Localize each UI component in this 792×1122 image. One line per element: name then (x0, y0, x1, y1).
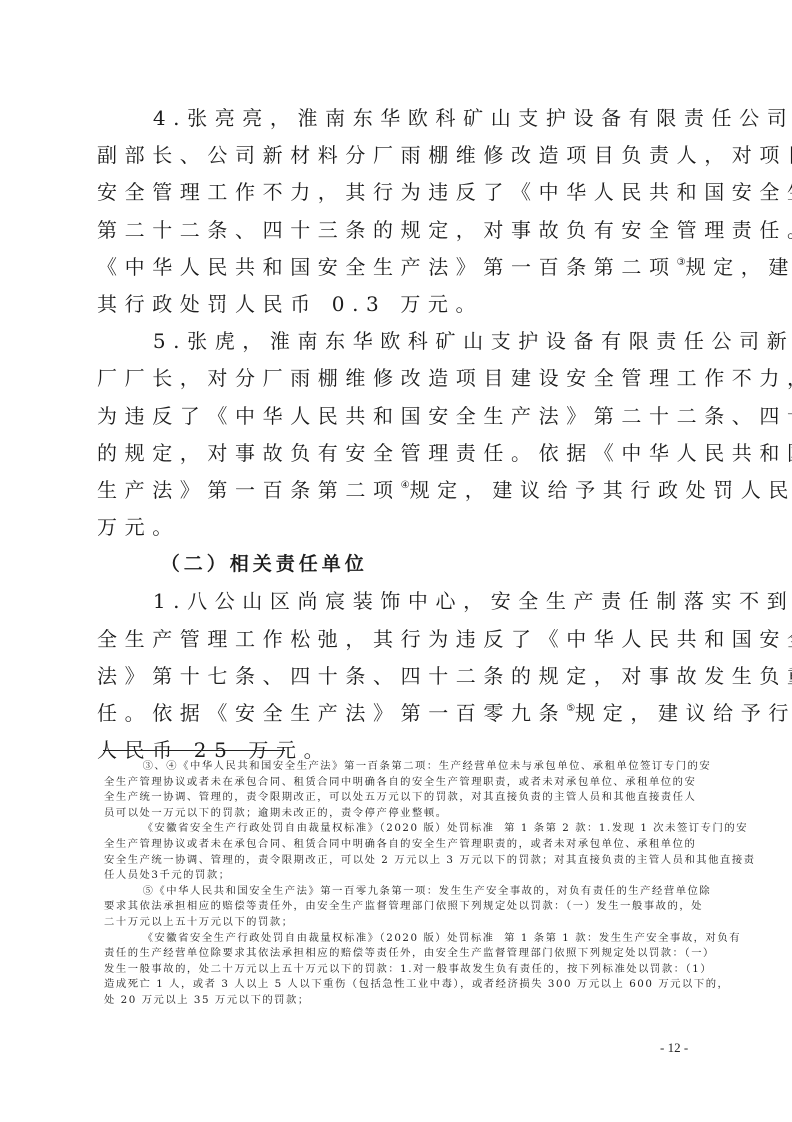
footnote-line: 任人员处3千元的罚款； (104, 868, 700, 884)
footnote-line: ③、④《中华人民共和国安全生产法》第一百条第二项：生产经营单位未与承包单位、承租… (104, 759, 700, 775)
text-line: 生产法》第一百条第二项④规定，建议给予其行政处罚人民币 0.3 (97, 472, 697, 509)
text-line: 厂厂长，对分厂雨棚维修改造项目建设安全管理工作不力，其行 (97, 360, 697, 397)
footnote-separator (103, 750, 285, 751)
footnote-line: 责任的生产经营单位除要求其依法承担相应的赔偿等责任外，由安全生产监督管理部门依照… (104, 946, 700, 962)
text-segment: 规定，建议给予 (686, 255, 792, 279)
text-line: 任。依据《安全生产法》第一百零九条⑤规定，建议给予行政处罚 (97, 695, 697, 732)
text-line: 的规定，对事故负有安全管理责任。依据《中华人民共和国安全 (97, 435, 697, 472)
text-segment: 规定，建议给予其行政处罚人民币 0.3 (410, 478, 792, 502)
footnote-line: 二十万元以上五十万元以下的罚款； (104, 915, 700, 931)
text-line: 副部长、公司新材料分厂雨棚维修改造项目负责人，对项目建设 (97, 137, 697, 174)
footnote-line: 处 20 万元以上 35 万元以下的罚款； (104, 993, 700, 1009)
page-number: - 12 - (660, 1040, 688, 1056)
footnote-line: 《安徽省安全生产行政处罚自由裁量权标准》（2020 版）处罚标准 第 1 条第 … (104, 821, 700, 837)
text-line: 法》第十七条、四十条、四十二条的规定，对事故发生负重要责 (97, 658, 697, 695)
footnote-line: 全生产管理协议或者未在承包合同、租赁合同中明确各自的安全生产管理职责，或者未对承… (104, 775, 700, 791)
paragraph-item-4: 4.张亮亮，淮南东华欧科矿山支护设备有限责任公司供应部 副部长、公司新材料分厂雨… (97, 100, 697, 323)
text-line: 为违反了《中华人民共和国安全生产法》第二十二条、四十三条 (97, 398, 697, 435)
text-line: 全生产管理工作松弛，其行为违反了《中华人民共和国安全生产 (97, 621, 697, 658)
text-line: 万元。 (97, 509, 697, 546)
text-line: 1.八公山区尚宸装饰中心，安全生产责任制落实不到位，安 (97, 583, 697, 620)
footnote-line: ⑤《中华人民共和国安全生产法》第一百零九条第一项：发生生产安全事故的，对负有责任… (104, 884, 700, 900)
footnote-ref-5[interactable]: ⑤ (566, 703, 575, 714)
text-line: 5.张虎，淮南东华欧科矿山支护设备有限责任公司新材料分 (97, 323, 697, 360)
footnote-line: 发生一般事故的，处二十万元以上五十万元以下的罚款：1.对一般事故发生负有责任的，… (104, 962, 700, 978)
document-page: 4.张亮亮，淮南东华欧科矿山支护设备有限责任公司供应部 副部长、公司新材料分厂雨… (0, 0, 792, 1122)
section-title: （二）相关责任单位 (97, 546, 697, 583)
text-segment: 《中华人民共和国安全生产法》第一百条第二项 (97, 255, 677, 279)
text-segment: 规定，建议给予行政处罚 (575, 701, 792, 725)
footnotes: ③、④《中华人民共和国安全生产法》第一百条第二项：生产经营单位未与承包单位、承租… (104, 759, 700, 1009)
footnote-line: 全生产管理协议或者未在承包合同、租赁合同中明确各自的安全生产管理职责的，或者未对… (104, 837, 700, 853)
text-line: 4.张亮亮，淮南东华欧科矿山支护设备有限责任公司供应部 (97, 100, 697, 137)
text-segment: 生产法》第一百条第二项 (97, 478, 401, 502)
text-line: 安全管理工作不力，其行为违反了《中华人民共和国安全生产法》 (97, 174, 697, 211)
section-heading: （二）相关责任单位 (97, 546, 697, 583)
body-text: 4.张亮亮，淮南东华欧科矿山支护设备有限责任公司供应部 副部长、公司新材料分厂雨… (97, 100, 697, 769)
footnote-line: 造成死亡 1 人，或者 3 人以上 5 人以下重伤（包括急性工业中毒），或者经济… (104, 977, 700, 993)
footnote-line: 《安徽省安全生产行政处罚自由裁量权标准》（2020 版）处罚标准 第 1 条第 … (104, 931, 700, 947)
paragraph-item-5: 5.张虎，淮南东华欧科矿山支护设备有限责任公司新材料分 厂厂长，对分厂雨棚维修改… (97, 323, 697, 546)
footnote-line: 安全生产统一协调、管理的，责令限期改正，可以处 2 万元以上 3 万元以下的罚款… (104, 853, 700, 869)
text-segment: 任。依据《安全生产法》第一百零九条 (97, 701, 566, 725)
footnote-ref-3[interactable]: ③ (677, 257, 686, 268)
paragraph-unit-1: 1.八公山区尚宸装饰中心，安全生产责任制落实不到位，安 全生产管理工作松弛，其行… (97, 583, 697, 769)
footnote-line: 全生产统一协调、管理的，责令限期改正，可以处五万元以下的罚款，对其直接负责的主管… (104, 790, 700, 806)
footnote-line: 员可以处一万元以下的罚款；逾期未改正的，责令停产停业整顿。 (104, 806, 700, 822)
text-line: 第二十二条、四十三条的规定，对事故负有安全管理责任。依据 (97, 212, 697, 249)
text-line: 《中华人民共和国安全生产法》第一百条第二项③规定，建议给予 (97, 249, 697, 286)
footnote-ref-4[interactable]: ④ (401, 480, 410, 491)
text-line: 其行政处罚人民币 0.3 万元。 (97, 286, 697, 323)
footnote-line: 要求其依法承担相应的赔偿等责任外，由安全生产监督管理部门依照下列规定处以罚款：（… (104, 899, 700, 915)
